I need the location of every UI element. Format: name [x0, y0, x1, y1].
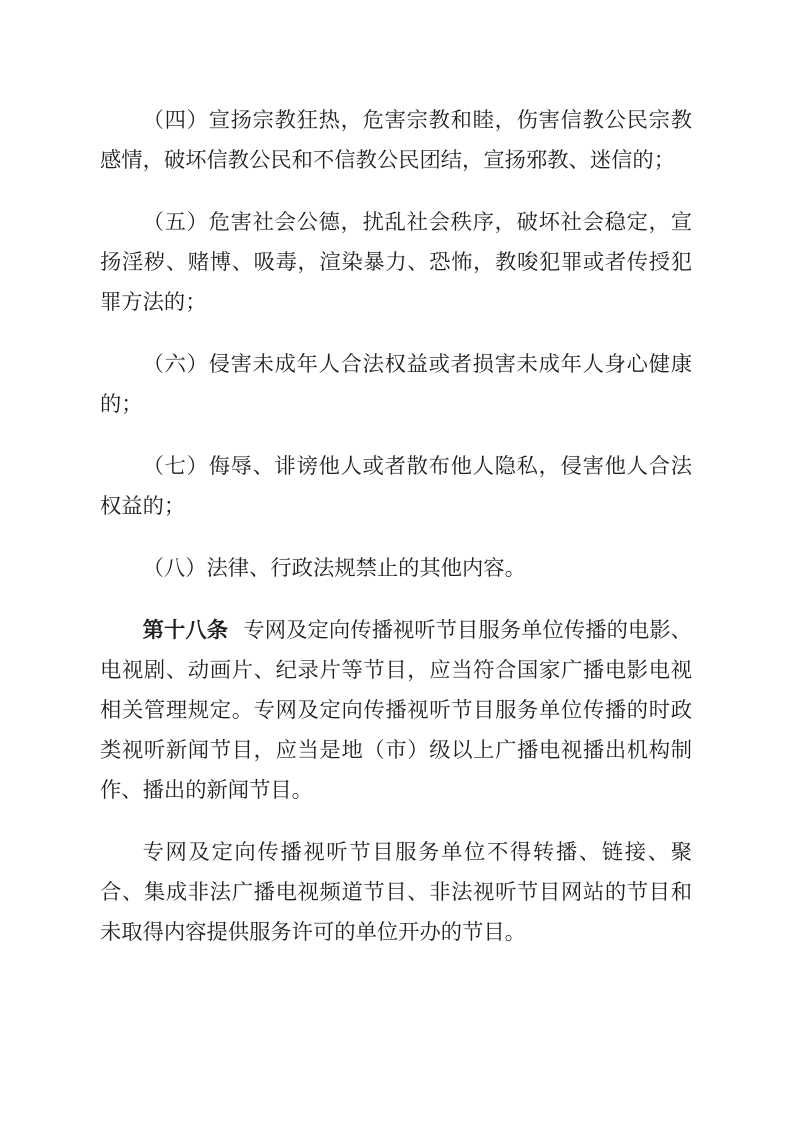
- clause-item-7: （七）侮辱、诽谤他人或者散布他人隐私，侵害他人合法权益的；: [100, 446, 692, 526]
- article-18-second-paragraph: 专网及定向传播视听节目服务单位不得转播、链接、聚合、集成非法广播电视频道节目、非…: [100, 832, 692, 952]
- article-number-label: 第十八条: [143, 618, 228, 642]
- article-18-text: 专网及定向传播视听节目服务单位传播的电影、电视剧、动画片、纪录片等节目，应当符合…: [100, 618, 692, 802]
- article-18-paragraph: 第十八条专网及定向传播视听节目服务单位传播的电影、电视剧、动画片、纪录片等节目，…: [100, 610, 692, 810]
- clause-item-8: （八）法律、行政法规禁止的其他内容。: [100, 548, 692, 588]
- clause-item-4: （四）宣扬宗教狂热，危害宗教和睦，伤害信教公民宗教感情，破坏信教公民和不信教公民…: [100, 100, 692, 180]
- document-page: （四）宣扬宗教狂热，危害宗教和睦，伤害信教公民宗教感情，破坏信教公民和不信教公民…: [0, 0, 793, 1122]
- clause-item-5: （五）危害社会公德，扰乱社会秩序，破坏社会稳定，宣扬淫秽、赌博、吸毒，渲染暴力、…: [100, 202, 692, 322]
- clause-item-6: （六）侵害未成年人合法权益或者损害未成年人身心健康的；: [100, 344, 692, 424]
